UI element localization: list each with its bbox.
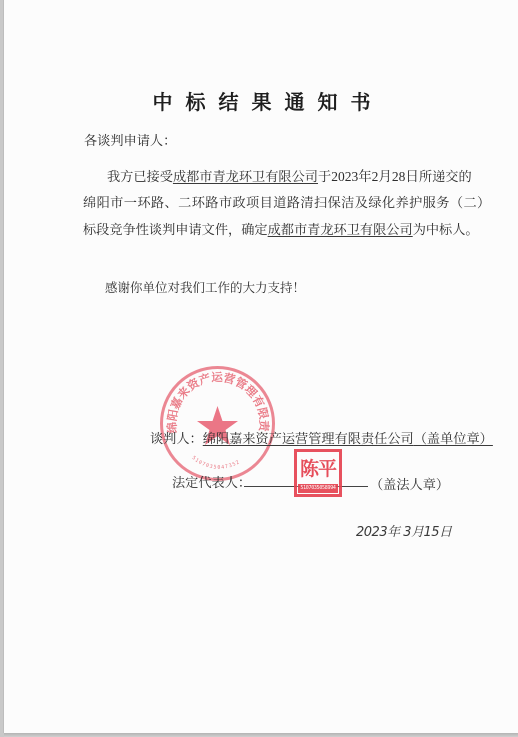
page-shadow (4, 733, 518, 737)
company-seal: 绵阳嘉来资产运营管理有限责任公司 5107035047352 (160, 366, 275, 481)
svg-text:5107035047352: 5107035047352 (191, 455, 242, 471)
winning-company: 成都市青龙环卫有限公司 (268, 223, 413, 238)
negotiator-name: 绵阳嘉来资产运营管理有限责任公司 (203, 432, 414, 447)
body-text: 于 (318, 170, 331, 185)
body-line-3: 标段竞争性谈判申请文件，确定成都市青龙环卫有限公司为中标人。 (83, 219, 479, 238)
body-text: 我方已接受 (107, 170, 173, 185)
thanks-line: 感谢你单位对我们工作的大力支持！ (105, 278, 305, 296)
body-text: 标段竞争性谈判申请文件，确定 (83, 223, 268, 238)
personal-seal: 陈平 5107035058994 (294, 449, 342, 497)
body-line-2: 绵阳市一环路、二环路市政项目道路清扫保洁及绿化养护服务（二） (83, 192, 491, 211)
document-title: 中标结果通知书 (4, 86, 518, 115)
signature-date: 2023年 3月15日 (356, 521, 452, 540)
legal-rep-note: （盖法人章） (370, 474, 449, 493)
body-text: 所递交的 (419, 170, 472, 185)
body-line-1: 我方已接受成都市青龙环卫有限公司于2023年2月28日所递交的 (107, 165, 472, 185)
salutation: 各谈判申请人： (84, 130, 176, 149)
personal-seal-code: 5107035058994 (298, 484, 338, 493)
personal-seal-name: 陈平 (297, 454, 339, 481)
winning-company: 成都市青龙环卫有限公司 (173, 170, 318, 185)
star-seal-icon: 绵阳嘉来资产运营管理有限责任公司 5107035047352 (160, 366, 275, 481)
legal-rep-label: 法定代表人： (172, 472, 251, 491)
submission-date: 2023年2月28日 (331, 169, 419, 184)
negotiator-note: （盖单位章） (414, 432, 493, 447)
body-text: 为中标人。 (413, 223, 479, 238)
document-page: 中标结果通知书 各谈判申请人： 我方已接受成都市青龙环卫有限公司于2023年2月… (4, 0, 518, 733)
negotiator-label: 谈判人： (150, 432, 203, 447)
negotiator-row: 谈判人：绵阳嘉来资产运营管理有限责任公司（盖单位章） (150, 428, 493, 447)
